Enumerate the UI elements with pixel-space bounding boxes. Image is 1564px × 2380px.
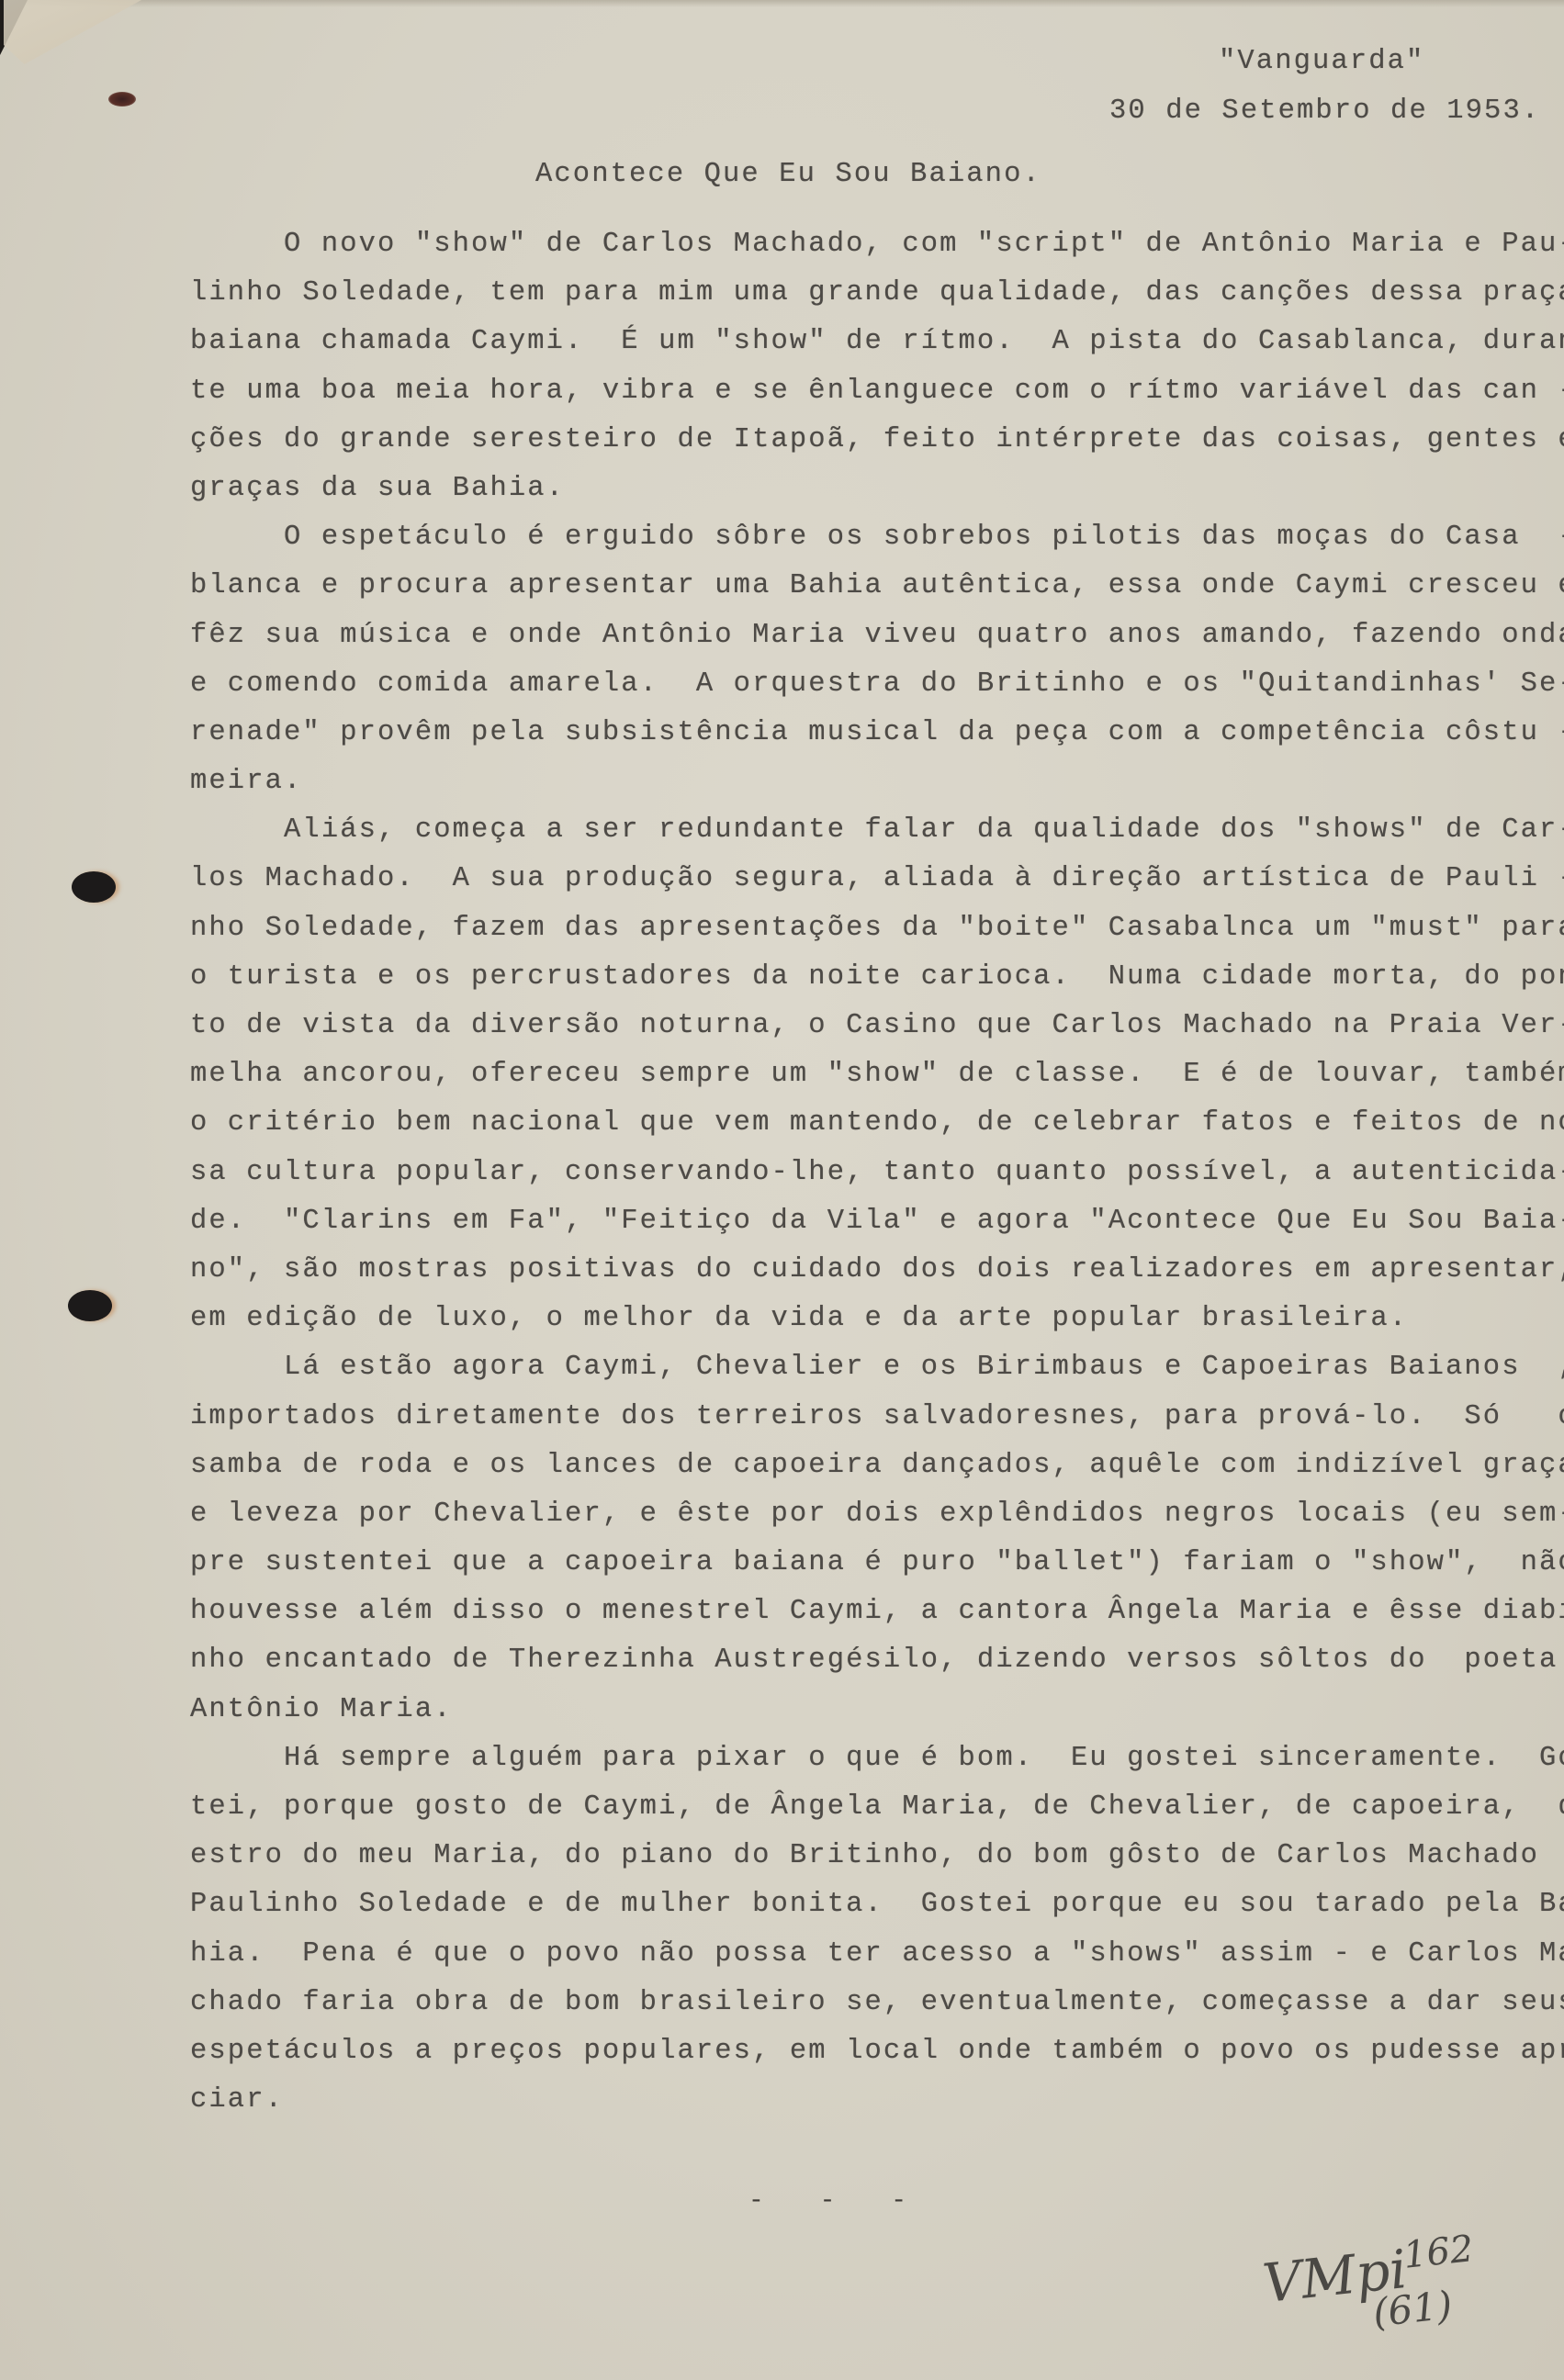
punch-hole-icon	[68, 1290, 112, 1321]
text-line: o turista e os percrustadores da noite c…	[190, 953, 1531, 1002]
text-line: estro do meu Maria, do piano do Britinho…	[190, 1832, 1531, 1880]
text-line: fêz sua música e onde Antônio Maria vive…	[190, 612, 1531, 660]
text-line: nho encantado de Therezinha Austregésilo…	[190, 1636, 1531, 1685]
text-line: samba de roda e os lances de capoeira da…	[190, 1442, 1531, 1490]
text-line: ciar.	[190, 2076, 1531, 2125]
text-line: te uma boa meia hora, vibra e se ênlangu…	[190, 367, 1531, 416]
paragraph-4: Lá estão agora Caymi, Chevalier e os Bir…	[190, 1343, 1531, 1734]
text-line: Antônio Maria.	[190, 1686, 1531, 1734]
text-line: pre sustentei que a capoeira baiana é pu…	[190, 1539, 1531, 1588]
paragraph-2: O espetáculo é erguido sôbre os sobrebos…	[190, 513, 1531, 806]
text-line: Lá estão agora Caymi, Chevalier e os Bir…	[190, 1343, 1531, 1392]
text-line: chado faria obra de bom brasileiro se, e…	[190, 1979, 1531, 2027]
text-line: e leveza por Chevalier, e êste por dois …	[190, 1490, 1531, 1539]
page-top-edge	[0, 0, 1564, 7]
text-line: to de vista da diversão noturna, o Casin…	[190, 1002, 1531, 1050]
text-line: Há sempre alguém para pixar o que é bom.…	[190, 1734, 1531, 1783]
archive-number-handwritten: 162	[1401, 2228, 1476, 2277]
text-line: renade" provêm pela subsistência musical…	[190, 709, 1531, 758]
publication-date: 30 de Setembro de 1953.	[1109, 97, 1540, 126]
punch-hole-icon	[72, 871, 116, 903]
ink-stain	[108, 92, 136, 107]
text-line: melha ancorou, ofereceu sempre um "show"…	[190, 1050, 1531, 1099]
text-line: linho Soledade, tem para mim uma grande …	[190, 269, 1531, 318]
text-line: graças da sua Bahia.	[190, 465, 1531, 513]
text-line: hia. Pena é que o povo não possa ter ace…	[190, 1930, 1531, 1979]
text-line: Aliás, começa a ser redundante falar da …	[190, 806, 1531, 855]
article-title: Acontece Que Eu Sou Baiano.	[535, 161, 1041, 189]
text-line: baiana chamada Caymi. É um "show" de rít…	[190, 318, 1531, 366]
text-line: no", são mostras positivas do cuidado do…	[190, 1246, 1531, 1295]
text-line: o critério bem nacional que vem mantendo…	[190, 1099, 1531, 1148]
end-separator: - - -	[748, 2187, 927, 2216]
corner-flap	[4, 0, 141, 64]
publication-name: "Vanguarda"	[1219, 48, 1424, 76]
paragraph-1: O novo "show" de Carlos Machado, com "sc…	[190, 220, 1531, 513]
text-line: ções do grande seresteiro de Itapoã, fei…	[190, 416, 1531, 465]
paragraph-5: Há sempre alguém para pixar o que é bom.…	[190, 1734, 1531, 2126]
text-line: sa cultura popular, conservando-lhe, tan…	[190, 1149, 1531, 1197]
text-line: nho Soledade, fazem das apresentações da…	[190, 904, 1531, 953]
text-line: los Machado. A sua produção segura, alia…	[190, 855, 1531, 904]
text-line: de. "Clarins em Fa", "Feitiço da Vila" e…	[190, 1197, 1531, 1246]
text-line: houvesse além disso o menestrel Caymi, a…	[190, 1588, 1531, 1636]
text-line: O novo "show" de Carlos Machado, com "sc…	[190, 220, 1531, 269]
text-line: Paulinho Soledade e de mulher bonita. Go…	[190, 1880, 1531, 1929]
article-body: O novo "show" de Carlos Machado, com "sc…	[190, 220, 1531, 2125]
text-line: espetáculos a preços populares, em local…	[190, 2027, 1531, 2076]
text-line: tei, porque gosto de Caymi, de Ângela Ma…	[190, 1783, 1531, 1832]
text-line: e comendo comida amarela. A orquestra do…	[190, 660, 1531, 709]
paragraph-3: Aliás, começa a ser redundante falar da …	[190, 806, 1531, 1343]
text-line: em edição de luxo, o melhor da vida e da…	[190, 1295, 1531, 1343]
text-line: blanca e procura apresentar uma Bahia au…	[190, 562, 1531, 611]
text-line: meira.	[190, 758, 1531, 806]
document-page: "Vanguarda" 30 de Setembro de 1953. Acon…	[0, 0, 1564, 2380]
archive-subnumber-handwritten: (61)	[1371, 2283, 1455, 2336]
text-line: O espetáculo é erguido sôbre os sobrebos…	[190, 513, 1531, 562]
text-line: importados diretamente dos terreiros sal…	[190, 1393, 1531, 1442]
